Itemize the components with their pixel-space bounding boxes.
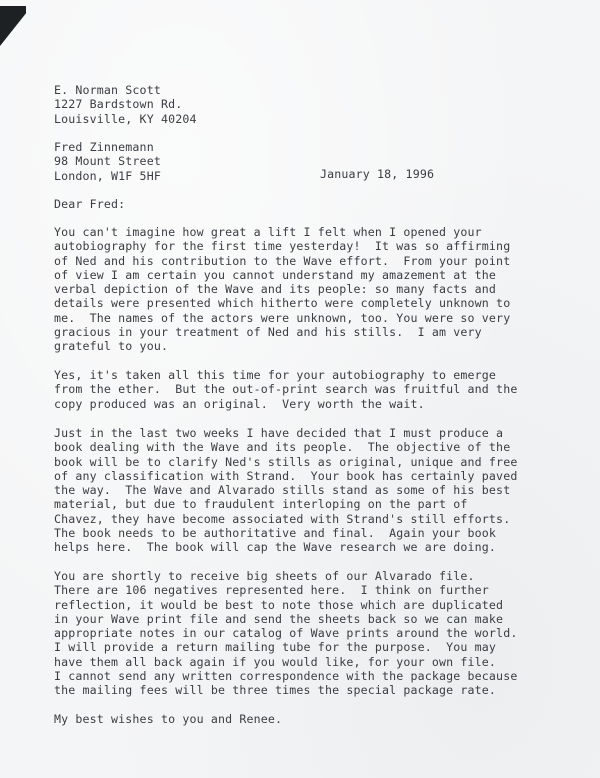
recipient-address: Fred Zinnemann 98 Mount Street London, W…: [54, 140, 161, 183]
paragraph-line: You are shortly to receive big sheets of…: [54, 569, 517, 583]
sender-city: Louisville, KY 40204: [54, 112, 197, 126]
salutation: Dear Fred:: [54, 197, 125, 211]
sender-address: E. Norman Scott 1227 Bardstown Rd. Louis…: [54, 83, 197, 126]
paragraph-line: copy produced was an original. Very wort…: [54, 397, 517, 411]
recipient-street: 98 Mount Street: [54, 154, 161, 168]
paragraph-line: the way. The Wave and Alvarado stills st…: [54, 483, 517, 497]
paragraph-line: I will provide a return mailing tube for…: [54, 640, 517, 654]
sender-street: 1227 Bardstown Rd.: [54, 97, 197, 111]
paragraph-line: details were presented which hitherto we…: [54, 296, 510, 310]
recipient-city: London, W1F 5HF: [54, 169, 161, 183]
paragraph-line: verbal depiction of the Wave and its peo…: [54, 282, 510, 296]
paragraph-line: Just in the last two weeks I have decide…: [54, 426, 517, 440]
paragraph-line: gracious in your treatment of Ned and hi…: [54, 325, 510, 339]
paragraph-line: grateful to you.: [54, 339, 510, 353]
paragraph-line: from the ether. But the out-of-print sea…: [54, 382, 517, 396]
paragraph-line: of view I am certain you cannot understa…: [54, 268, 510, 282]
paragraph-line: book dealing with the Wave and its peopl…: [54, 440, 517, 454]
paragraph-line: of Ned and his contribution to the Wave …: [54, 254, 510, 268]
paragraph-line: You can't imagine how great a lift I fel…: [54, 225, 510, 239]
scan-corner-mark: [0, 6, 26, 46]
paragraph-line: the mailing fees will be three times the…: [54, 683, 517, 697]
paragraph-line: I cannot send any written correspondence…: [54, 669, 517, 683]
paragraph-3: Just in the last two weeks I have decide…: [54, 426, 517, 555]
sender-name: E. Norman Scott: [54, 83, 197, 97]
closing: My best wishes to you and Renee.: [54, 712, 282, 726]
paragraph-line: book will be to clarify Ned's stills as …: [54, 455, 517, 469]
paragraph-2: Yes, it's taken all this time for your a…: [54, 368, 517, 411]
paragraph-line: reflection, it would be best to note tho…: [54, 598, 517, 612]
paragraph-line: material, but due to fraudulent interlop…: [54, 497, 517, 511]
paragraph-line: in your Wave print file and send the she…: [54, 612, 517, 626]
paragraph-line: of any classification with Strand. Your …: [54, 469, 517, 483]
paragraph-line: There are 106 negatives represented here…: [54, 583, 517, 597]
paragraph-line: autobiography for the first time yesterd…: [54, 239, 510, 253]
letter-page: E. Norman Scott 1227 Bardstown Rd. Louis…: [0, 0, 600, 778]
paragraph-line: helps here. The book will cap the Wave r…: [54, 540, 517, 554]
paragraph-line: appropriate notes in our catalog of Wave…: [54, 626, 517, 640]
letter-date: January 18, 1996: [320, 167, 434, 181]
paragraph-line: Yes, it's taken all this time for your a…: [54, 368, 517, 382]
paragraph-line: The book needs to be authoritative and f…: [54, 526, 517, 540]
paragraph-line: Chavez, they have become associated with…: [54, 512, 517, 526]
paragraph-line: me. The names of the actors were unknown…: [54, 311, 510, 325]
recipient-name: Fred Zinnemann: [54, 140, 161, 154]
paragraph-4: You are shortly to receive big sheets of…: [54, 569, 517, 698]
paragraph-line: have them all back again if you would li…: [54, 655, 517, 669]
paragraph-1: You can't imagine how great a lift I fel…: [54, 225, 510, 354]
